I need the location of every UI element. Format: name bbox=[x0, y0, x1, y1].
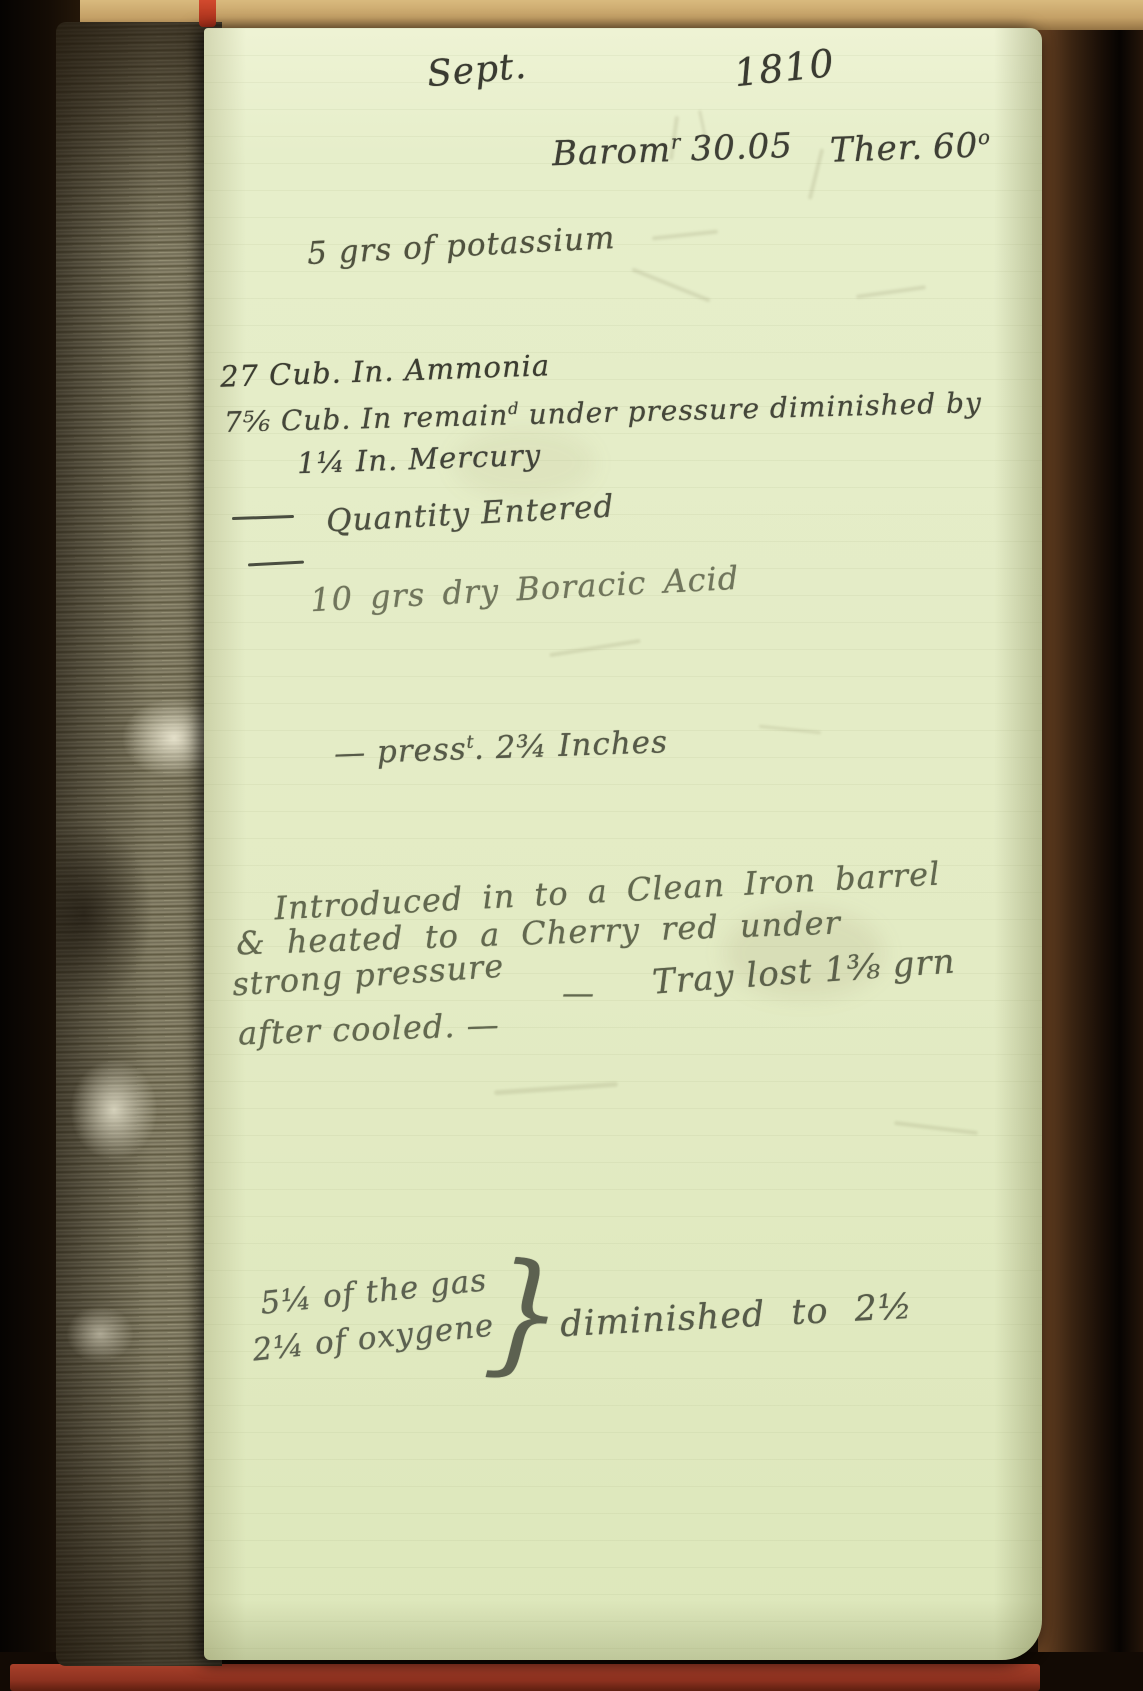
barometer-label: Barom bbox=[551, 130, 672, 174]
ribbon-marker bbox=[199, 0, 216, 27]
notebook-photo: Sept. 1810 Baromr30.05 Ther.60o 5 grs of… bbox=[0, 0, 1143, 1691]
barometer-value: 30.05 bbox=[690, 126, 794, 170]
thermometer-label: Ther. bbox=[829, 128, 923, 171]
date-month: Sept. bbox=[425, 46, 528, 96]
paragraph-line3-dash: — bbox=[562, 974, 595, 1012]
pressed-pre: — press bbox=[333, 731, 467, 772]
paper-texture bbox=[204, 28, 1042, 1660]
thermometer-value: 60 bbox=[932, 126, 979, 168]
notebook-page: Sept. 1810 Baromr30.05 Ther.60o 5 grs of… bbox=[204, 28, 1042, 1660]
cover-red-strip bbox=[10, 1664, 1040, 1691]
pressed-post: . 2¾ Inches bbox=[473, 724, 668, 767]
thermometer-reading: Ther.60o bbox=[829, 125, 990, 171]
remaining-sup: d bbox=[508, 399, 519, 418]
barometer-sup: r bbox=[671, 130, 681, 153]
thermometer-degree-sup: o bbox=[978, 126, 991, 149]
barometer-reading: Baromr30.05 bbox=[551, 126, 793, 174]
book-cover-right bbox=[1038, 30, 1143, 1691]
page-edges-stack bbox=[56, 22, 222, 1666]
gasmix-brace: } bbox=[481, 1235, 568, 1393]
